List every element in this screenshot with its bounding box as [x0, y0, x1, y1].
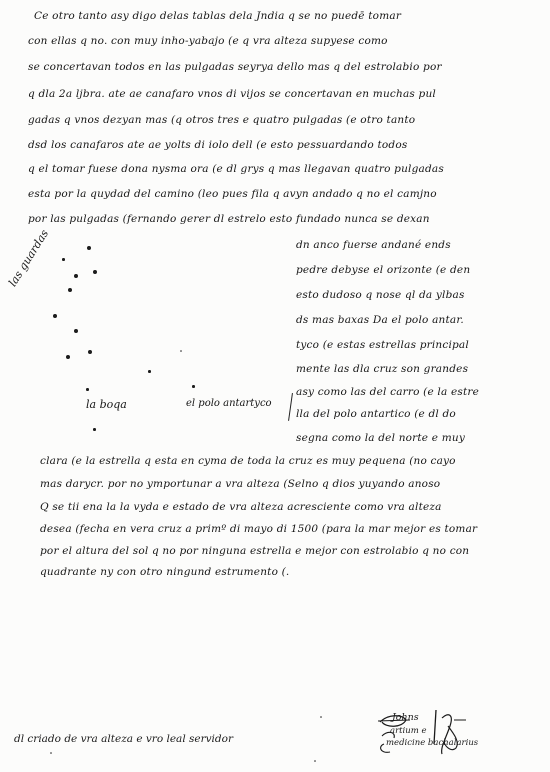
lower-line-2: clara (e la estrella q esta en cyma de t…	[40, 455, 456, 467]
signature-line-3: medicine bachalarius	[386, 738, 478, 748]
star-icon	[87, 246, 91, 250]
right-line-7: asy como las del carro (e la estre	[296, 386, 479, 398]
label-guardas: las guardas	[6, 227, 51, 289]
text-line-1: Ce otro tanto asy digo delas tablas dela…	[34, 10, 401, 22]
text-line-4: q dla 2a ljbra. ate ae canafaro vnos di …	[28, 88, 436, 100]
star-icon	[148, 370, 151, 373]
scan-speck	[320, 716, 322, 718]
divider-stroke	[288, 393, 293, 421]
right-line-1: dn anco fuerse andané ends	[296, 239, 451, 251]
text-line-9: por las pulgadas (fernando gerer dl estr…	[28, 213, 430, 225]
scan-speck	[50, 752, 52, 754]
text-line-3: se concertavan todos en las pulgadas sey…	[28, 61, 442, 73]
lower-line-1: segna como la del norte e muy	[296, 432, 465, 444]
right-line-6: mente las dla cruz son grandes	[296, 363, 468, 375]
signature-line-2: artium e	[390, 726, 427, 736]
text-line-7: q el tomar fuese dona nysma ora (e dl gr…	[28, 163, 444, 175]
right-line-8: lla del polo antartico (e dl do	[296, 408, 456, 420]
lower-line-6: por el altura del sol q no por ninguna e…	[40, 545, 469, 557]
lower-line-4: Q se tii ena la la vyda e estado de vra …	[40, 501, 442, 513]
lower-line-3: mas darycr. por no ymportunar a vra alte…	[40, 478, 440, 490]
star-icon	[62, 258, 65, 261]
right-line-3: esto dudoso q nose ql da ylbas	[296, 289, 465, 301]
signature: Johns artium e medicine bachalarius	[376, 708, 468, 756]
signature-line-1: Johns	[392, 712, 419, 723]
text-line-8: esta por la quydad del camino (leo pues …	[28, 188, 437, 200]
star-icon	[192, 385, 195, 388]
closing-line: dl criado de vra alteza e vro leal servi…	[14, 733, 233, 745]
right-line-2: pedre debyse el orizonte (e den	[296, 264, 470, 276]
lower-line-7: quadrante ny con otro ningund estrumento…	[40, 566, 289, 578]
text-line-6: dsd los canafaros ate ae yolts di iolo d…	[28, 139, 407, 151]
right-line-4: ds mas baxas Da el polo antar.	[296, 314, 464, 326]
label-polo-antartico: el polo antartyco	[186, 398, 272, 409]
star-icon	[74, 274, 78, 278]
label-coca: la boqa	[86, 398, 127, 411]
lower-line-5: desea (fecha en vera cruz a primº di may…	[40, 523, 477, 535]
star-icon	[93, 270, 97, 274]
scan-speck	[180, 350, 182, 352]
text-line-2: con ellas q no. con muy inho-yabajo (e q…	[28, 35, 388, 47]
scan-speck	[314, 760, 316, 762]
star-icon	[74, 329, 78, 333]
right-line-5: tyco (e estas estrellas principal	[296, 339, 469, 351]
star-icon	[86, 388, 89, 391]
star-icon	[93, 428, 96, 431]
manuscript-page: Ce otro tanto asy digo delas tablas dela…	[0, 0, 550, 772]
star-icon	[53, 314, 57, 318]
star-icon	[68, 288, 72, 292]
star-icon	[88, 350, 92, 354]
text-line-5: gadas q vnos dezyan mas (q otros tres e …	[28, 114, 415, 126]
star-icon	[66, 355, 70, 359]
